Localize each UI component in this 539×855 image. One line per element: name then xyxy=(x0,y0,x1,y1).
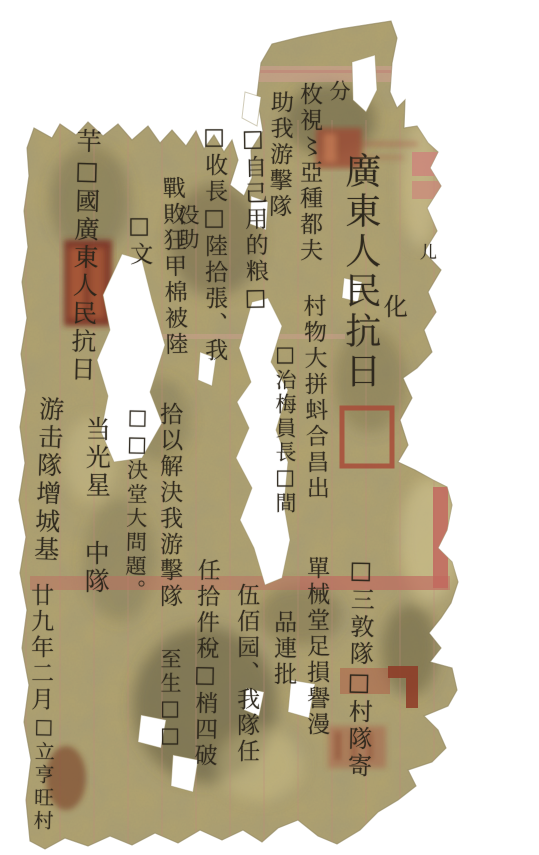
text-column: 品連批 xyxy=(271,610,295,688)
handwriting-layer: 儿 化 分 廣東人民抗日 □三敦隊□村隊寄 枚視〻亞種都夫 村物大拼蚪合昌出 單… xyxy=(0,0,539,855)
text-column-signature: □立亨旺村 xyxy=(31,714,54,833)
text-column: 伍佰园、我隊任 xyxy=(234,583,258,765)
text-column-name: 当光星 xyxy=(83,416,109,500)
text-column-organization: 游击隊增城基 xyxy=(31,396,63,565)
text-column: 枚視〻亞種都夫 xyxy=(297,82,321,264)
text-fragment: □文 xyxy=(127,213,151,268)
text-column-title: 廣東人民抗日 xyxy=(341,152,379,392)
text-fragment: 化 xyxy=(380,294,405,321)
text-column-organization: 中隊 xyxy=(82,540,108,596)
text-column: 至生□□ xyxy=(159,648,181,750)
text-column: 戰敗狂甲棉被陸 xyxy=(159,176,186,358)
text-column: 單械堂足損譽漫 xyxy=(304,556,328,738)
text-column-date: 廿九年二月 xyxy=(28,583,52,713)
text-column: □三敦隊□村隊寄 xyxy=(344,556,373,780)
text-column: 助我游擊隊 xyxy=(266,90,292,220)
text-column: □治梅員長□間 xyxy=(274,342,296,516)
text-column: 村物大拼蚪合昌出 xyxy=(300,294,328,502)
text-column: □□決堂大問題。 xyxy=(123,405,148,603)
text-column-organization: 芉□國廣東人民抗日 xyxy=(68,128,101,385)
text-column: 任拾件稅□梢四破 xyxy=(191,558,219,769)
photo-of-document: 儿 化 分 廣東人民抗日 □三敦隊□村隊寄 枚視〻亞種都夫 村物大拼蚪合昌出 單… xyxy=(0,0,539,855)
text-fragment: 分 xyxy=(328,80,350,104)
text-column: □收長□陸拾張、我 xyxy=(202,124,226,364)
text-column: 拾以解決我游擊隊 xyxy=(157,402,181,610)
text-column: □自己用的粮□ xyxy=(240,126,267,314)
text-fragment: 儿 xyxy=(416,243,434,263)
